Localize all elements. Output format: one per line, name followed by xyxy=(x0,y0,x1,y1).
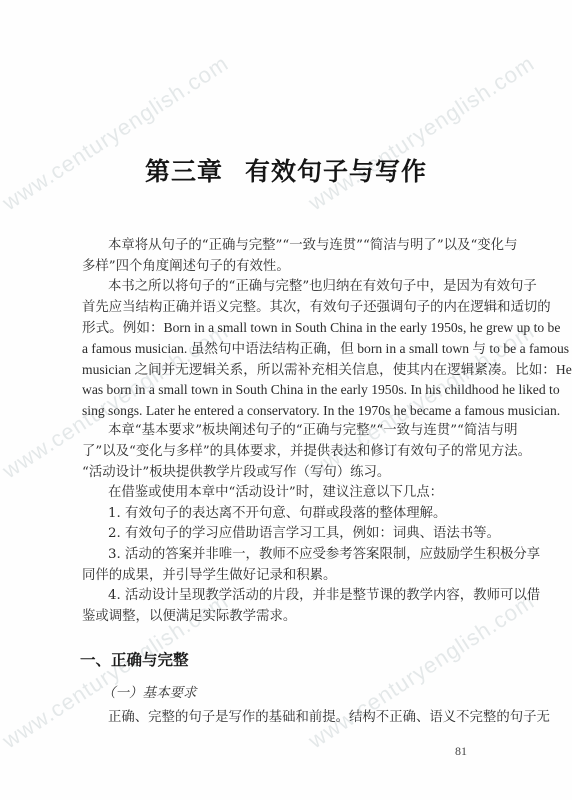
page-number: 81 xyxy=(455,744,467,759)
text-line: a famous musician. 虽然句中语法结构正确，但 born in … xyxy=(82,339,494,360)
watermark: www.centuryenglish.com xyxy=(304,50,540,216)
intro-text: 本章将从句子的“正确与完整”“一致与连贯”“简洁与明了”以及“变化与 多样”四个… xyxy=(82,236,494,627)
text-line: 在借鉴或使用本章中“活动设计”时，建议注意以下几点： xyxy=(82,483,494,504)
text-line: sing songs. Later he entered a conservat… xyxy=(82,401,494,422)
text-line: musician 之间并无逻辑关系，所以需补充相关信息，使其内在逻辑紧凑。比如：… xyxy=(82,360,494,381)
section-paragraph: 正确、完整的句子是写作的基础和前提。结构不正确、语义不完整的句子无 xyxy=(108,708,550,728)
text-line: 同伴的成果，并引导学生做好记录和积累。 xyxy=(82,566,494,587)
chapter-title: 第三章有效句子与写作 xyxy=(0,152,572,188)
list-item: 1. 有效句子的表达离不开句意、句群或段落的整体理解。 xyxy=(82,504,494,525)
text-line: 了”以及“变化与多样”的具体要求，并提供表达和修订有效句子的常见方法。 xyxy=(82,442,494,463)
subsection-heading: （一）基本要求 xyxy=(102,681,197,701)
watermark: www.centuryenglish.com xyxy=(0,50,234,216)
text-line: 本章“基本要求”板块阐述句子的“正确与完整”“一致与连贯”“简洁与明 xyxy=(82,421,494,442)
list-item: 2. 有效句子的学习应借助语言学习工具，例如：词典、语法书等。 xyxy=(82,524,494,545)
chapter-name: 有效句子与写作 xyxy=(245,157,427,186)
text-line: 多样”四个角度阐述句子的有效性。 xyxy=(82,257,494,278)
text-line: “活动设计”板块提供教学片段或写作（写句）练习。 xyxy=(82,463,494,484)
text-line: 首先应当结构正确并语义完整。其次，有效句子还强调句子的内在逻辑和适切的 xyxy=(82,298,494,319)
text-line: 形式。例如：Born in a small town in South Chin… xyxy=(82,318,494,339)
list-item: 4. 活动设计呈现教学活动的片段，并非是整节课的教学内容，教师可以借 xyxy=(82,586,494,607)
text-line: 鉴或调整，以便满足实际教学需求。 xyxy=(82,607,494,628)
chapter-number: 第三章 xyxy=(145,157,223,186)
text-line: was born in a small town in South China … xyxy=(82,380,494,401)
book-page: www.centuryenglish.com www.centuryenglis… xyxy=(0,0,572,800)
list-item: 3. 活动的答案并非唯一，教师不应受参考答案限制，应鼓励学生积极分享 xyxy=(82,545,494,566)
section-heading: 一、正确与完整 xyxy=(80,648,189,670)
text-line: 本书之所以将句子的“正确与完整”也归纳在有效句子中，是因为有效句子 xyxy=(82,277,494,298)
text-line: 本章将从句子的“正确与完整”“一致与连贯”“简洁与明了”以及“变化与 xyxy=(82,236,494,257)
